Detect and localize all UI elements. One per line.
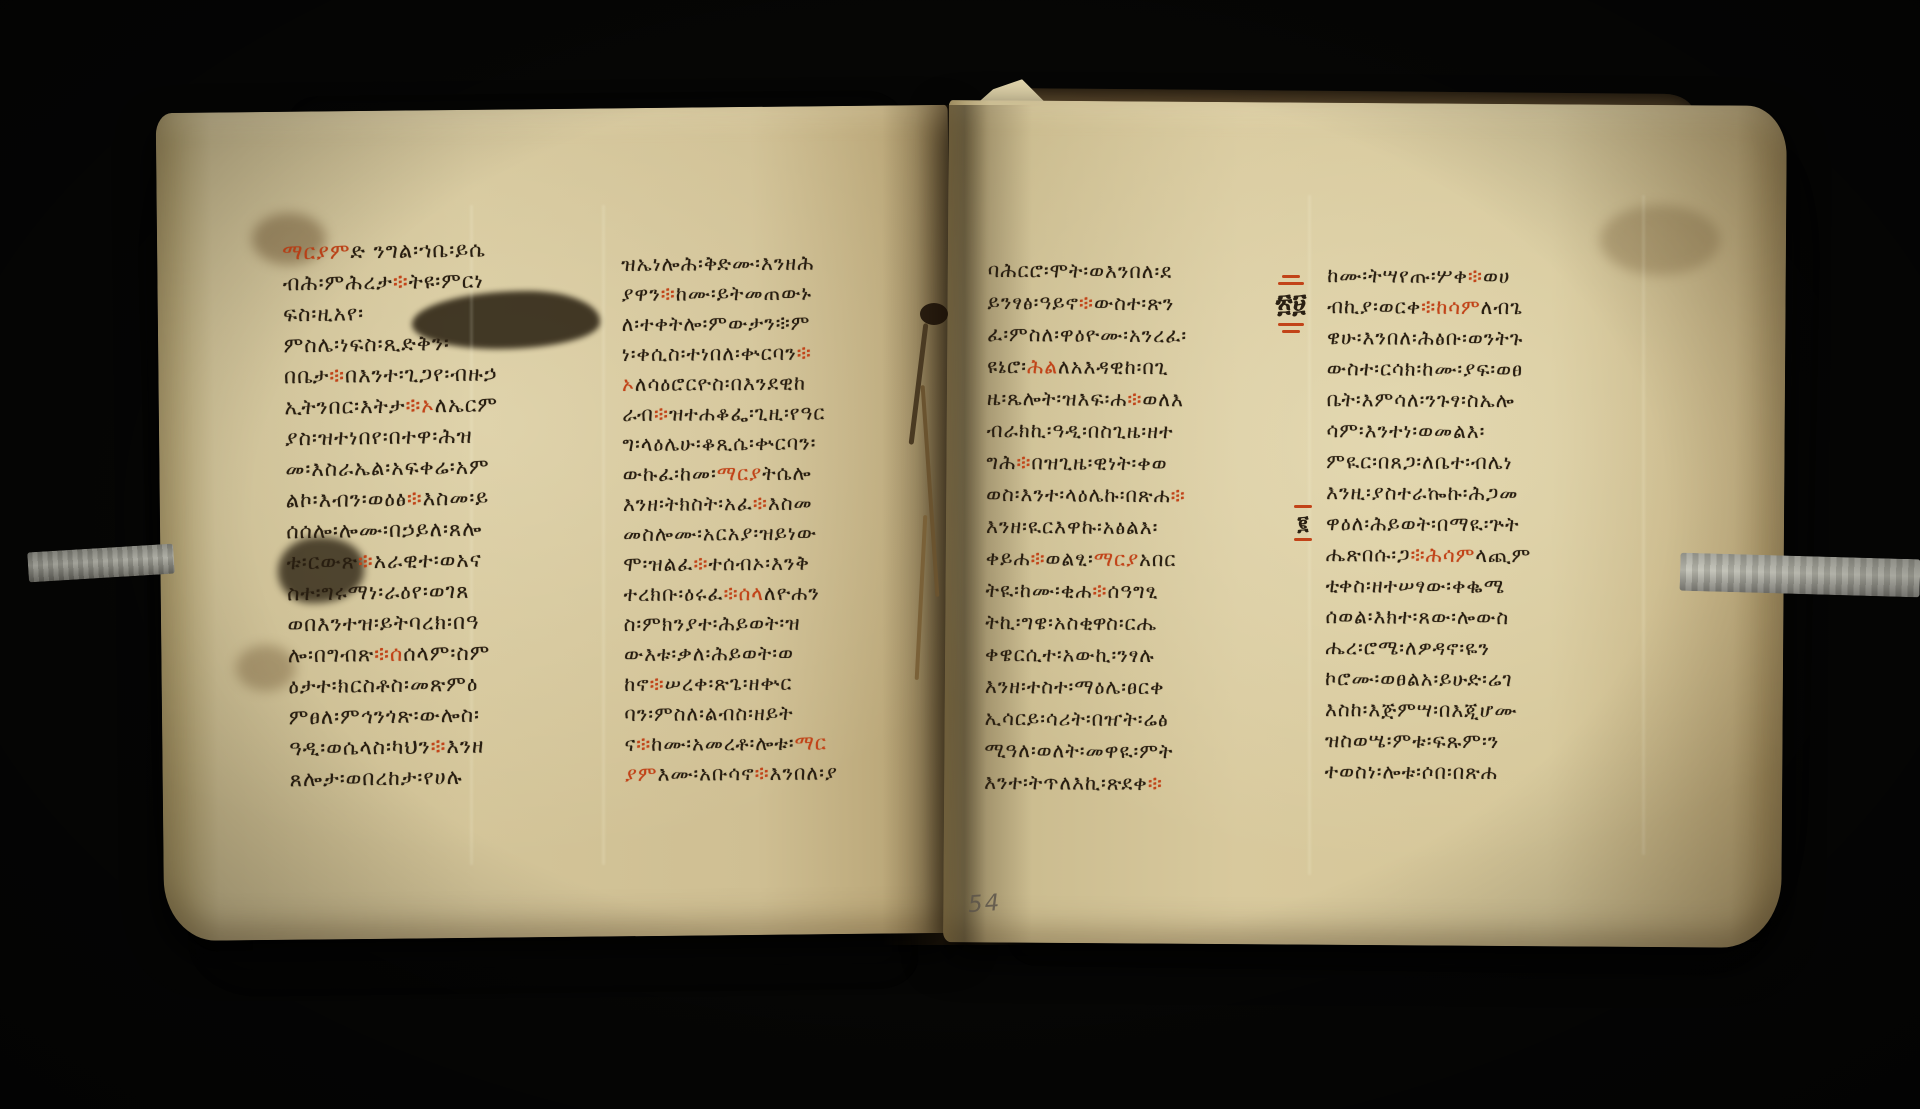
manuscript-text-line: ዓዲ፡ወሴላስ፡ካህን፨እንዘ: [289, 729, 625, 765]
black-ink-text: ወለእ: [1142, 387, 1184, 411]
black-ink-text: ሳም፡እንተነ፡ወመልእ፡: [1326, 418, 1485, 443]
manuscript-text-line: ስተ፡ግሩማነ፡ራዕየ፡ወገጸ: [287, 574, 623, 610]
rubric-red-text: ኦ: [622, 372, 635, 396]
manuscript-text-line: ወስ፡እንተ፡ላዕሌኩ፡በጽሐ፨: [986, 478, 1290, 512]
margin-section-numeral-lower: ፪: [1280, 501, 1326, 545]
black-ink-text: ቲቀስ፡ዘተሠፃው፡ቀቈሜ: [1326, 573, 1506, 598]
black-ink-text: ያዋን: [621, 282, 660, 306]
black-ink-text: ባሕርሮ፡ሞት፡ወእንበለ፡ደ: [988, 258, 1173, 283]
black-ink-text: ሞ፡ዝልፈ: [623, 552, 693, 576]
black-ink-text: ምስሌ፡ነፍስ፡ጺድቅን፡: [283, 331, 450, 357]
manuscript-text-line: ባሕርሮ፡ሞት፡ወእንበለ፡ደ: [988, 254, 1292, 288]
black-ink-text: ድ ንግል፡ኀቤ፡ይሴ: [350, 238, 486, 264]
manuscript-text-line: ያምእሙ፡አቡሳኖ፨እንበለ፡ያ: [625, 757, 911, 789]
rubric-flourish: [1278, 323, 1304, 326]
manuscript-text-line: ለ፡ተቀትሎ፡ምውታን፨ም: [622, 307, 908, 339]
manuscript-text-line: ልኮ፡እብን፡ወዕፅ፨እስመ፡ይ: [286, 481, 622, 517]
black-ink-text: እሙ፡አቡሳኖ: [657, 761, 754, 786]
black-ink-text: ስ፡ምክንያተ፡ሕይወት፡ዝ: [624, 611, 801, 636]
black-ink-text: ከኖ: [624, 672, 650, 696]
manuscript-text-line: ነ፡ቀሲስ፡ተነበለ፡ቍርባን፨: [622, 337, 908, 369]
black-ink-text: ፍስ፡ዚአየ፡: [283, 301, 364, 326]
black-ink-text: ኮሮሙ፡ወፀልአ፡ይሁድ፡ሬገ: [1325, 666, 1512, 691]
page-crease: [1642, 195, 1645, 855]
black-ink-text: ባን፡ምስለ፡ልብስ፡ዘይት: [624, 701, 793, 726]
manuscript-text-line: ከሙ፡ትሣየጡ፡ሦቀ፨ወሀ: [1327, 260, 1641, 293]
manuscript-text-line: ተወስነ፡ሎቱ፡ሶበ፡በጽሐ: [1325, 756, 1639, 789]
rubric-red-text: ፨ሰ: [374, 642, 403, 666]
black-ink-text: ቱ፡ርውጽ: [286, 549, 358, 574]
manuscript-text-line: ዌሁ፡እንበለ፡ሕፅቡ፡ወንትጉ: [1327, 322, 1641, 355]
rubric-red-text: ፨: [1468, 264, 1483, 288]
rubric-red-text: ፨: [393, 270, 409, 294]
black-ink-text: ነ፡ቀሲስ፡ተነበለ፡ቍርባን: [622, 341, 797, 366]
black-ink-text: ዋዕለ፡ሕይወት፡በማዪ፡ጕት: [1326, 511, 1520, 536]
rubric-red-text: ፨ኦ: [405, 393, 434, 417]
black-ink-text: ውኩፈ፡ከመ፡: [623, 461, 717, 486]
black-ink-text: ሠረቀ፡ጽጌ፡ዘቍር: [665, 671, 793, 696]
black-ink-text: እስመ: [768, 491, 813, 515]
pencil-folio-number: 54: [967, 890, 1002, 918]
black-ink-text: ከሙ፡ትሣየጡ፡ሦቀ: [1327, 263, 1468, 288]
manuscript-text-line: ሰሰሎ፡ሎሙ፡በኃይለ፡ጸሎ: [286, 512, 622, 548]
black-ink-text: ትዩ፡ምርነ: [408, 269, 484, 294]
black-ink-text: ዌሁ፡እንበለ፡ሕፅቡ፡ወንትጉ: [1327, 325, 1523, 350]
text-column-1: ማርያምድ ንግል፡ኀቤ፡ይሴብሕ፡ምሕረታ፨ትዩ፡ምርነፍስ፡ዚአየ፡ምስሌ፡…: [282, 233, 626, 796]
rubric-red-text: ፨: [1092, 579, 1107, 603]
manuscript-text-line: መ፡እስራኤል፡አፍቀሬ፡አም: [285, 450, 621, 486]
black-ink-text: እንዘ፡ትክስት፡አፈ: [623, 491, 753, 516]
black-ink-text: ትሴሎ: [762, 461, 812, 485]
manuscript-text-line: እስከ፡እጅምሣ፡በእጂሆሙ: [1325, 694, 1639, 727]
manuscript-text-line: ና፨ከሙ፡አመረቶ፡ሎቱ፡ማር: [624, 727, 910, 759]
manuscript-text-line: እንዚ፡ያስተራኰኩ፡ሕጋመ: [1326, 477, 1640, 510]
manuscript-text-line: ጸሎታ፡ወበረከታ፡የሀሉ: [289, 760, 625, 796]
rubric-red-text: ፨: [1079, 291, 1094, 315]
black-ink-text: ሚዓለ፡ወለት፡መዋዪ፡ምት: [984, 738, 1173, 763]
manuscript-text-line: ዜ፡ጼሎት፡ዝእፍ፡ሐ፨ወለእ: [987, 382, 1291, 416]
black-ink-text: ዕታተ፡ክርስቶስ፡መጽምዕ: [288, 672, 478, 699]
black-ink-text: ኢትንበር፡እትታ: [284, 394, 405, 420]
rubric-red-text: ፨: [1148, 771, 1163, 795]
black-ink-text: ተሰብኦ፡እንቅ: [708, 551, 810, 576]
black-ink-text: ያስ፡ዝተነበየ፡በተዋ፡ሕዝ: [285, 424, 473, 451]
black-ink-text: ሰዓግፂ: [1107, 579, 1158, 603]
rubric-red-text: ሕል: [1027, 354, 1058, 378]
black-ink-text: ልኮ፡እብን፡ወዕፅ: [286, 487, 407, 513]
manuscript-text-line: ምስሌ፡ነፍስ፡ጺድቅን፡: [283, 326, 619, 362]
rubric-red-text: ፨ሰላ: [723, 581, 764, 605]
black-ink-text: ዩኔሮ፡: [987, 354, 1027, 378]
black-ink-text: ከሙ፡አመረቶ፡ሎቱ፡: [651, 731, 795, 756]
black-ink-text: ላጪም: [1475, 543, 1531, 567]
manuscript-text-line: እንዘ፡ትክስት፡አፈ፨እስመ: [623, 487, 909, 519]
manuscript-text-line: እንዘ፡ተስተ፡ማዕሌ፡ፀርቀ: [985, 670, 1289, 704]
black-ink-text: እስከ፡እጅምሣ፡በእጂሆሙ: [1325, 697, 1518, 722]
manuscript-text-line: ምፀለ፡ምኅንጎጽ፡ውሎስ፡: [289, 698, 625, 734]
manuscript-text-line: ብራክኪ፡ዓዲ፡በስጊዜ፡ዘተ: [987, 414, 1291, 448]
manuscript-text-line: ቀዌርሲተ፡አውኪ፡ንፃሉ: [985, 638, 1289, 672]
manuscript-text-line: ይንፃፅ፡ዓይኖ፨ውስተ፡ጽን: [987, 286, 1291, 320]
manuscript-text-line: ሚዓለ፡ወለት፡መዋዪ፡ምት: [984, 734, 1288, 768]
manuscript-text-line: ውስተ፡ርሳክ፡ከሙ፡ያፍ፡ወፀ: [1327, 353, 1641, 386]
rubric-flourish: [1282, 275, 1300, 278]
black-ink-text: በዝጊዜ፡ዊነት፡ቀወ: [1031, 450, 1167, 475]
black-ink-text: ኢሳርይ፡ሳሪት፡በዠት፡ሬፅ: [985, 706, 1169, 731]
rubric-red-text: ፨: [693, 551, 708, 575]
black-ink-text: ሔጽበሱ፡ጋ: [1326, 542, 1411, 566]
manuscript-text-line: ኢሳርይ፡ሳሪት፡በዠት፡ሬፅ: [985, 702, 1289, 736]
black-ink-text: ጸሎታ፡ወበረከታ፡የሀሉ: [290, 765, 463, 791]
manuscript-text-line: እንተ፡ትጥለእኪ፡ጽደቀ፨: [984, 766, 1288, 800]
manuscript-text-line: ራብ፨ዝተሐቆፌ፡ጊዚ፡የዓር: [622, 397, 908, 429]
black-ink-text: መስሎሙ፡አርአያ፡ዝይነው: [623, 521, 817, 546]
rubric-red-text: ፨: [430, 734, 446, 758]
manuscript-text-line: ዝስወሤ፡ምቱ፡ፍጹም፡ን: [1325, 725, 1639, 758]
black-ink-text: ቤት፡እምሳለ፡ንጉፃ፡ስኤሎ: [1327, 387, 1515, 412]
black-ink-text: ዝኤነሎሕ፡ቅድሙ፡እንዘሕ: [621, 251, 814, 276]
rubric-red-text: ፨: [1030, 546, 1045, 570]
black-ink-text: ብሕ፡ምሕረታ: [283, 270, 393, 296]
black-ink-text: ለዮሐን: [764, 581, 820, 605]
black-ink-text: አራዊተ፡ወአና: [374, 548, 482, 574]
manuscript-text-line: ሳም፡እንተነ፡ወመልእ፡: [1326, 415, 1640, 448]
manuscript-text-line: ብሕ፡ምሕረታ፨ትዩ፡ምርነ: [283, 264, 619, 300]
black-ink-text: እንዘ፡ዪርእዋኩ፡አፅልእ፡: [986, 514, 1159, 539]
manuscript-text-line: ውእቱ፡ቃለ፡ሕይወት፡ወ: [624, 637, 910, 669]
margin-section-numeral-upper: ፳፱: [1268, 271, 1314, 337]
manuscript-text-line: ስ፡ምክንያተ፡ሕይወት፡ዝ: [624, 607, 910, 639]
black-ink-text: ለብጌ: [1481, 295, 1524, 319]
black-ink-text: ዜ፡ጼሎት፡ዝእፍ፡ሐ: [987, 386, 1128, 411]
black-ink-text: ዝስወሤ፡ምቱ፡ፍጹም፡ን: [1325, 728, 1499, 753]
black-ink-text: ለአእዳዊከ፡በጊ: [1058, 354, 1169, 379]
cloth-tie-right: [1680, 553, 1920, 598]
black-ink-text: በእንተ፡ጊጋየ፡ብዙኃ: [345, 361, 498, 387]
rubric-red-text: ማር: [795, 731, 827, 755]
rubric-red-text: ፨: [797, 341, 812, 365]
black-ink-text: ውስተ፡ርሳክ፡ከሙ፡ያፍ፡ወፀ: [1327, 356, 1523, 381]
manuscript-text-line: ሔጽበሱ፡ጋ፨ሕሳምላጪም: [1326, 539, 1640, 572]
manuscript-text-line: ኢትንበር፡እትታ፨ኦለኤርም: [284, 388, 620, 424]
manuscript-text-line: ኦለሳዕሮርዮስ፡በእንደዊከ: [622, 367, 908, 399]
rubric-flourish: [1294, 538, 1312, 541]
black-ink-text: እንዘ: [446, 734, 484, 759]
black-ink-text: እንተ፡ትጥለእኪ፡ጽደቀ: [984, 770, 1148, 795]
manuscript-text-line: ያዋን፨ከሙ፡ይትመጠውኑ: [621, 277, 907, 309]
black-ink-text: ሰሰሎ፡ሎሙ፡በኃይለ፡ጸሎ: [286, 517, 482, 544]
black-ink-text: ትዪ፡ከሙ፡ቂሐ: [985, 578, 1092, 603]
manuscript-text-line: ቀይሐ፨ወልፂ፡ማርያአበር: [986, 542, 1290, 576]
rubric-red-text: ፨: [654, 402, 669, 426]
rubric-red-text: ማርያም: [282, 239, 350, 264]
manuscript-text-line: ቱ፡ርውጽ፨አራዊተ፡ወአና: [286, 543, 622, 579]
manuscript-text-line: እንዘ፡ዪርእዋኩ፡አፅልእ፡: [986, 510, 1290, 544]
rubric-flourish: [1278, 282, 1304, 285]
rubric-red-text: ፨: [1127, 387, 1142, 411]
rubric-flourish: [1282, 330, 1300, 333]
manuscript-text-line: ተረክቡ፡ዕሩፈ፨ሰላለዮሐን: [623, 577, 909, 609]
black-ink-text: እስመ፡ይ: [422, 486, 489, 511]
ethiopic-numeral: ፳፱: [1268, 289, 1314, 319]
manuscript-text-line: መስሎሙ፡አርአያ፡ዝይነው: [623, 517, 909, 549]
black-ink-text: ራብ: [622, 402, 654, 426]
rubric-flourish: [1294, 505, 1312, 508]
black-ink-text: ሔረ፡ሮሜ፡ለዎዳኖ፡ዬን: [1325, 635, 1490, 660]
black-ink-text: ቀዌርሲተ፡አውኪ፡ንፃሉ: [985, 642, 1155, 667]
black-ink-text: ለኤርም: [434, 392, 498, 417]
manuscript-text-line: ወበእንተዝ፡ይትባረክ፡በዓ: [287, 605, 623, 641]
rubric-red-text: ማርያ: [1094, 547, 1140, 571]
black-ink-text: ዝተሐቆፌ፡ጊዚ፡የዓር: [669, 401, 826, 426]
black-ink-text: ለ፡ተቀትሎ፡ምውታን፨ም: [622, 311, 811, 336]
ethiopic-numeral: ፪: [1280, 512, 1326, 534]
manuscript-text-line: ሔረ፡ሮሜ፡ለዎዳኖ፡ዬን: [1325, 632, 1639, 665]
black-ink-text: ሰላም፡ስም: [403, 641, 490, 666]
black-ink-text: ምፀለ፡ምኅንጎጽ፡ውሎስ፡: [289, 703, 481, 730]
manuscript-text-line: ባን፡ምስለ፡ልብስ፡ዘይት: [624, 697, 910, 729]
rubric-red-text: ያም: [625, 762, 658, 786]
rubric-red-text: ፨: [358, 549, 374, 573]
text-column-2: ዝኤነሎሕ፡ቅድሙ፡እንዘሕያዋን፨ከሙ፡ይትመጠውኑለ፡ተቀትሎ፡ምውታን፨ም…: [621, 247, 911, 789]
black-ink-text: ፈ፡ምስለ፡ዋዕዮሙ፡አንረፈ፡: [987, 322, 1187, 347]
manuscript-text-line: ውኩፈ፡ከመ፡ማርያትሴሎ: [623, 457, 909, 489]
text-column-4: ከሙ፡ትሣየጡ፡ሦቀ፨ወሀብኪያ፡ወርቀ፨ከሳምለብጌዌሁ፡እንበለ፡ሕፅቡ፡ወ…: [1325, 260, 1642, 789]
rubric-red-text: ማርያ: [717, 461, 763, 485]
rubric-red-text: ፨: [754, 761, 769, 785]
black-ink-text: ወልፂ፡: [1046, 546, 1094, 570]
manuscript-text-line: ያስ፡ዝተነበየ፡በተዋ፡ሕዝ: [285, 419, 621, 455]
black-ink-text: ትኪ፡ግዌ፡አስቂዋስ፡ርሔ: [985, 610, 1157, 635]
rubric-red-text: ፨: [1016, 450, 1031, 474]
rubric-red-text: ፨: [661, 282, 676, 306]
manuscript-text-line: ማርያምድ ንግል፡ኀቤ፡ይሴ: [282, 233, 618, 269]
black-ink-text: ተረክቡ፡ዕሩፈ: [623, 581, 723, 606]
black-ink-text: እንዘ፡ተስተ፡ማዕሌ፡ፀርቀ: [985, 674, 1165, 699]
rubric-red-text: ፨: [650, 672, 665, 696]
rubric-red-text: ፨ከሳም: [1421, 295, 1481, 319]
black-ink-text: ለሳዕሮርዮስ፡በእንደዊከ: [635, 371, 806, 396]
rubric-red-text: ፨: [407, 486, 423, 510]
manuscript-text-line: ዕታተ፡ክርስቶስ፡መጽምዕ: [288, 667, 624, 703]
black-ink-text: ግሕ: [986, 450, 1016, 474]
manuscript-text-line: ፍስ፡ዚአየ፡: [283, 295, 619, 331]
rubric-red-text: ፨: [753, 491, 768, 515]
black-ink-text: ውስተ፡ጽን: [1094, 291, 1174, 316]
manuscript-text-line: ዝኤነሎሕ፡ቅድሙ፡እንዘሕ: [621, 247, 907, 279]
rubric-red-text: ፨ሕሳም: [1410, 543, 1475, 567]
manuscript-text-line: ሎ፡በግብጽ፨ሰሰላም፡ስም: [288, 636, 624, 672]
manuscript-text-line: ትኪ፡ግዌ፡አስቂዋስ፡ርሔ: [985, 606, 1289, 640]
manuscript-text-line: ትዪ፡ከሙ፡ቂሐ፨ሰዓግፂ: [985, 574, 1289, 608]
manuscript-text-line: ግሕ፨በዝጊዜ፡ዊነት፡ቀወ: [986, 446, 1290, 480]
sewing-hole: [920, 303, 948, 325]
black-ink-text: ወስ፡እንተ፡ላዕሌኩ፡በጽሐ: [986, 482, 1171, 507]
rubric-red-text: ፨: [329, 364, 345, 388]
manuscript-text-line: ሰወል፡እክተ፡ጸው፡ሎውስ: [1325, 601, 1639, 634]
manuscript-text-line: ሞ፡ዝልፈ፨ተሰብኦ፡እንቅ: [623, 547, 909, 579]
manuscript-text-line: በቤታ፨በእንተ፡ጊጋየ፡ብዙኃ: [284, 357, 620, 393]
manuscript-text-line: ፈ፡ምስለ፡ዋዕዮሙ፡አንረፈ፡: [987, 318, 1291, 352]
black-ink-text: አበር: [1139, 547, 1176, 571]
black-ink-text: ተወስነ፡ሎቱ፡ሶበ፡በጽሐ: [1325, 759, 1498, 784]
rubric-red-text: ፨: [1171, 483, 1186, 507]
manuscript-text-line: ዋዕለ፡ሕይወት፡በማዪ፡ጕት: [1326, 508, 1640, 541]
black-ink-text: መ፡እስራኤል፡አፍቀሬ፡አም: [285, 454, 490, 481]
manuscript-text-line: ግ፡ላዕሌሁ፡ቆጺሴ፡ቍርባን፡: [622, 427, 908, 459]
rubric-red-text: ፨: [636, 732, 651, 756]
black-ink-text: ከሙ፡ይትመጠውኑ: [676, 281, 812, 306]
black-ink-text: ግ፡ላዕሌሁ፡ቆጺሴ፡ቍርባን፡: [622, 431, 816, 456]
black-ink-text: ዓዲ፡ወሴላስ፡ካህን: [289, 734, 431, 760]
black-ink-text: እንበለ፡ያ: [770, 761, 838, 785]
black-ink-text: እንዚ፡ያስተራኰኩ፡ሕጋመ: [1326, 480, 1518, 505]
manuscript-text-line: ከኖ፨ሠረቀ፡ጽጌ፡ዘቍር: [624, 667, 910, 699]
black-ink-text: ቀይሐ: [986, 546, 1031, 570]
black-ink-text: ና: [624, 732, 636, 756]
black-ink-text: ይንፃፅ፡ዓይኖ: [987, 290, 1079, 315]
text-column-3: ባሕርሮ፡ሞት፡ወእንበለ፡ደይንፃፅ፡ዓይኖ፨ውስተ፡ጽንፈ፡ምስለ፡ዋዕዮሙ…: [984, 254, 1292, 800]
black-ink-text: ምዪር፡በጸጋ፡ለቤተ፡ብሌነ: [1326, 449, 1512, 474]
black-ink-text: ሰወል፡እክተ፡ጸው፡ሎውስ: [1325, 604, 1509, 629]
black-ink-text: ብራክኪ፡ዓዲ፡በስጊዜ፡ዘተ: [987, 418, 1174, 443]
black-ink-text: ስተ፡ግሩማነ፡ራዕየ፡ወገጸ: [287, 579, 470, 606]
black-ink-text: ውእቱ፡ቃለ፡ሕይወት፡ወ: [624, 641, 794, 666]
black-ink-text: ብኪያ፡ወርቀ: [1327, 294, 1421, 318]
black-ink-text: ወበእንተዝ፡ይትባረክ፡በዓ: [287, 610, 479, 637]
manuscript-text-line: ቤት፡እምሳለ፡ንጉፃ፡ስኤሎ: [1327, 384, 1641, 417]
manuscript-book: ማርያምድ ንግል፡ኀቤ፡ይሴብሕ፡ምሕረታ፨ትዩ፡ምርነፍስ፡ዚአየ፡ምስሌ፡…: [140, 85, 1820, 1035]
black-ink-text: ወሀ: [1483, 264, 1510, 288]
black-ink-text: ሎ፡በግብጽ: [288, 642, 375, 667]
manuscript-text-line: ምዪር፡በጸጋ፡ለቤተ፡ብሌነ: [1326, 446, 1640, 479]
manuscript-text-line: ዩኔሮ፡ሕልለአእዳዊከ፡በጊ: [987, 350, 1291, 384]
manuscript-text-line: ኮሮሙ፡ወፀልአ፡ይሁድ፡ሬገ: [1325, 663, 1639, 696]
manuscript-text-line: ቲቀስ፡ዘተሠፃው፡ቀቈሜ: [1326, 570, 1640, 603]
manuscript-text-line: ብኪያ፡ወርቀ፨ከሳምለብጌ: [1327, 291, 1641, 324]
black-ink-text: በቤታ: [284, 364, 330, 389]
